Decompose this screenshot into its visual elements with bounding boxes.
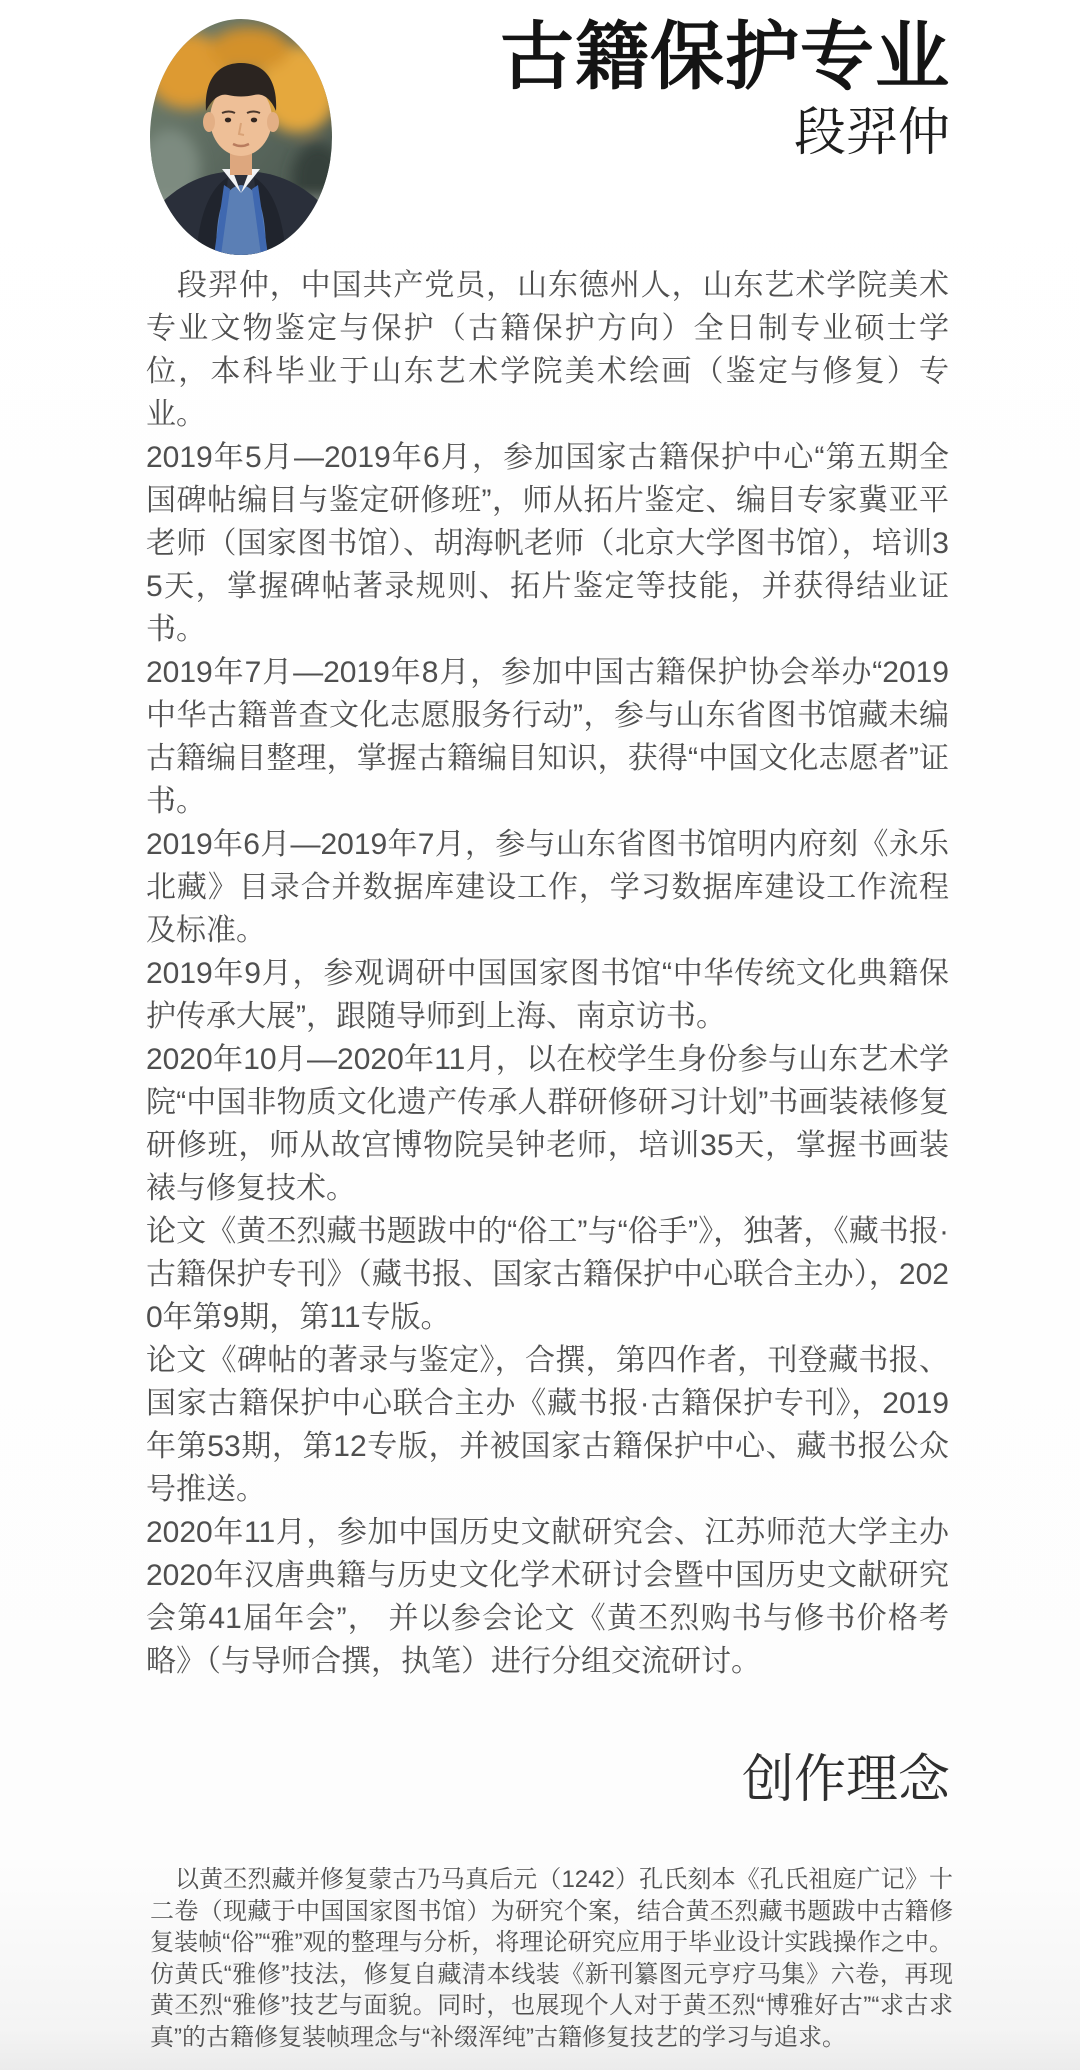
profile-page: 古籍保护专业 段羿仲 段羿仲，中国共产党员，山东德州人，山东艺术学院美术专业文物… bbox=[0, 0, 1080, 2070]
person-name: 段羿仲 bbox=[500, 105, 950, 162]
bio-paragraph: 2020年10月—2020年11月，以在校学生身份参与山东艺术学院“中国非物质文… bbox=[146, 1038, 949, 1210]
bio-paragraph: 段羿仲，中国共产党员，山东德州人，山东艺术学院美术专业文物鉴定与保护（古籍保护方… bbox=[146, 264, 949, 436]
bio-paragraph: 2019年9月，参观调研中国国家图书馆“中华传统文化典籍保护传承大展”，跟随导师… bbox=[146, 952, 949, 1038]
bio-paragraph: 论文《黄丕烈藏书题跋中的“俗工”与“俗手”》，独著，《藏书报·古籍保护专刊》（藏… bbox=[146, 1210, 949, 1339]
bio-paragraph: 2020年11月，参加中国历史文献研究会、江苏师范大学主办2020年汉唐典籍与历… bbox=[146, 1511, 949, 1683]
profile-photo bbox=[150, 19, 332, 255]
biography-section: 段羿仲，中国共产党员，山东德州人，山东艺术学院美术专业文物鉴定与保护（古籍保护方… bbox=[146, 264, 949, 1683]
bio-paragraph: 2019年5月—2019年6月，参加国家古籍保护中心“第五期全国碑帖编目与鉴定研… bbox=[146, 436, 949, 651]
creation-concept-section: 以黄丕烈藏并修复蒙古乃马真后元（1242）孔氏刻本《孔氏祖庭广记》十二卷（现藏于… bbox=[150, 1864, 953, 2053]
profile-photo-illustration bbox=[150, 19, 332, 255]
bio-paragraph: 论文《碑帖的著录与鉴定》，合撰，第四作者，刊登藏书报、国家古籍保护中心联合主办《… bbox=[146, 1339, 949, 1511]
bio-paragraph: 2019年7月—2019年8月，参加中国古籍保护协会举办“2019中华古籍普查文… bbox=[146, 651, 949, 823]
bio-paragraph: 2019年6月—2019年7月，参与山东省图书馆明内府刻《永乐北藏》目录合并数据… bbox=[146, 823, 949, 952]
page-title: 古籍保护专业 bbox=[500, 16, 950, 99]
header-title-block: 古籍保护专业 段羿仲 bbox=[500, 16, 950, 162]
creation-concept-heading: 创作理念 bbox=[742, 1752, 950, 1809]
concept-paragraph: 以黄丕烈藏并修复蒙古乃马真后元（1242）孔氏刻本《孔氏祖庭广记》十二卷（现藏于… bbox=[150, 1864, 953, 2053]
